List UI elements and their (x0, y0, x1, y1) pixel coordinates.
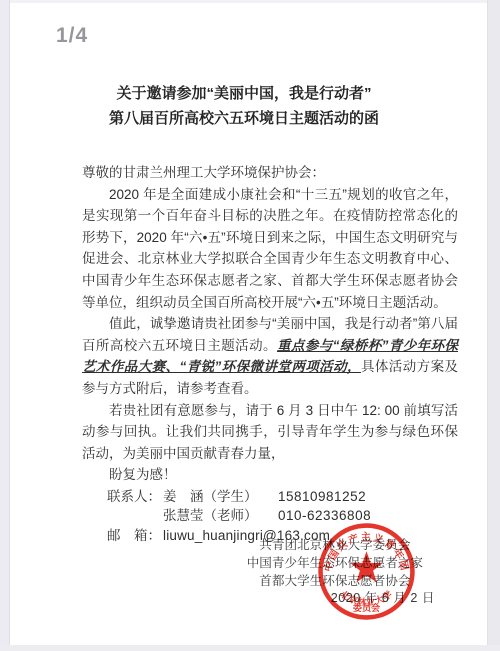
document-title-line1: 关于邀请参加“美丽中国，我是行动者” (40, 81, 448, 106)
contact-phone: 15810981252 (278, 487, 366, 507)
email-label: 邮 箱： (107, 526, 163, 546)
signature-org-1: 共青团北京林业大学委员会 (247, 537, 423, 555)
paragraph-reply-deadline: 若贵社团有意愿参与，请于 6 月 3 日中午 12: 00 前填写活动参与回执。… (82, 400, 458, 465)
signature-org-2: 中国青少年生态环保志愿者之家 (247, 555, 423, 573)
paragraph-invitation: 值此，诚挚邀请贵社团参与“美丽中国，我是行动者”第八届百所高校六五环境日主题活动… (82, 313, 458, 399)
document-title: 关于邀请参加“美丽中国，我是行动者” 第八届百所高校六五环境日主题活动的函 (40, 81, 448, 131)
document-title-line2: 第八届百所高校六五环境日主题活动的函 (40, 106, 448, 131)
document-viewer: 1/4 关于邀请参加“美丽中国，我是行动者” 第八届百所高校六五环境日主题活动的… (0, 0, 500, 651)
reply-hope-line: 盼复为感！ (82, 464, 458, 486)
page-edge-bottom (0, 645, 500, 651)
page-edge-left (0, 0, 10, 651)
contact-name: 姜 涵（学生） (163, 487, 264, 507)
page-edge-right (487, 0, 500, 651)
salutation: 尊敬的甘肃兰州理工大学环境保护协会： (82, 162, 458, 184)
signature-org-3: 首都大学生环保志愿者协会 (247, 573, 423, 591)
contact-row-teacher: 张慧莹（老师） 010-62336808 (82, 506, 458, 526)
contact-phone: 010-62336808 (278, 506, 371, 526)
document-body: 尊敬的甘肃兰州理工大学环境保护协会： 2020 年是全面建成小康社会和“十三五”… (82, 162, 458, 545)
signature-block: 共青团北京林业大学委员会 中国青少年生态环保志愿者之家 首都大学生环保志愿者协会… (247, 537, 423, 608)
contact-label: 联系人： (107, 487, 163, 507)
page-number-indicator: 1/4 (56, 24, 88, 48)
paragraph-background: 2020 年是全面建成小康社会和“十三五”规划的收官之年，是实现第一个百年奋斗目… (82, 184, 458, 314)
contact-label-spacer (107, 506, 163, 526)
signature-date: 2020 年 6 月 2 日 (247, 590, 435, 608)
page-edge-top (0, 0, 500, 3)
contact-row-student: 联系人： 姜 涵（学生） 15810981252 (82, 487, 458, 507)
contact-name: 张慧莹（老师） (163, 506, 264, 526)
